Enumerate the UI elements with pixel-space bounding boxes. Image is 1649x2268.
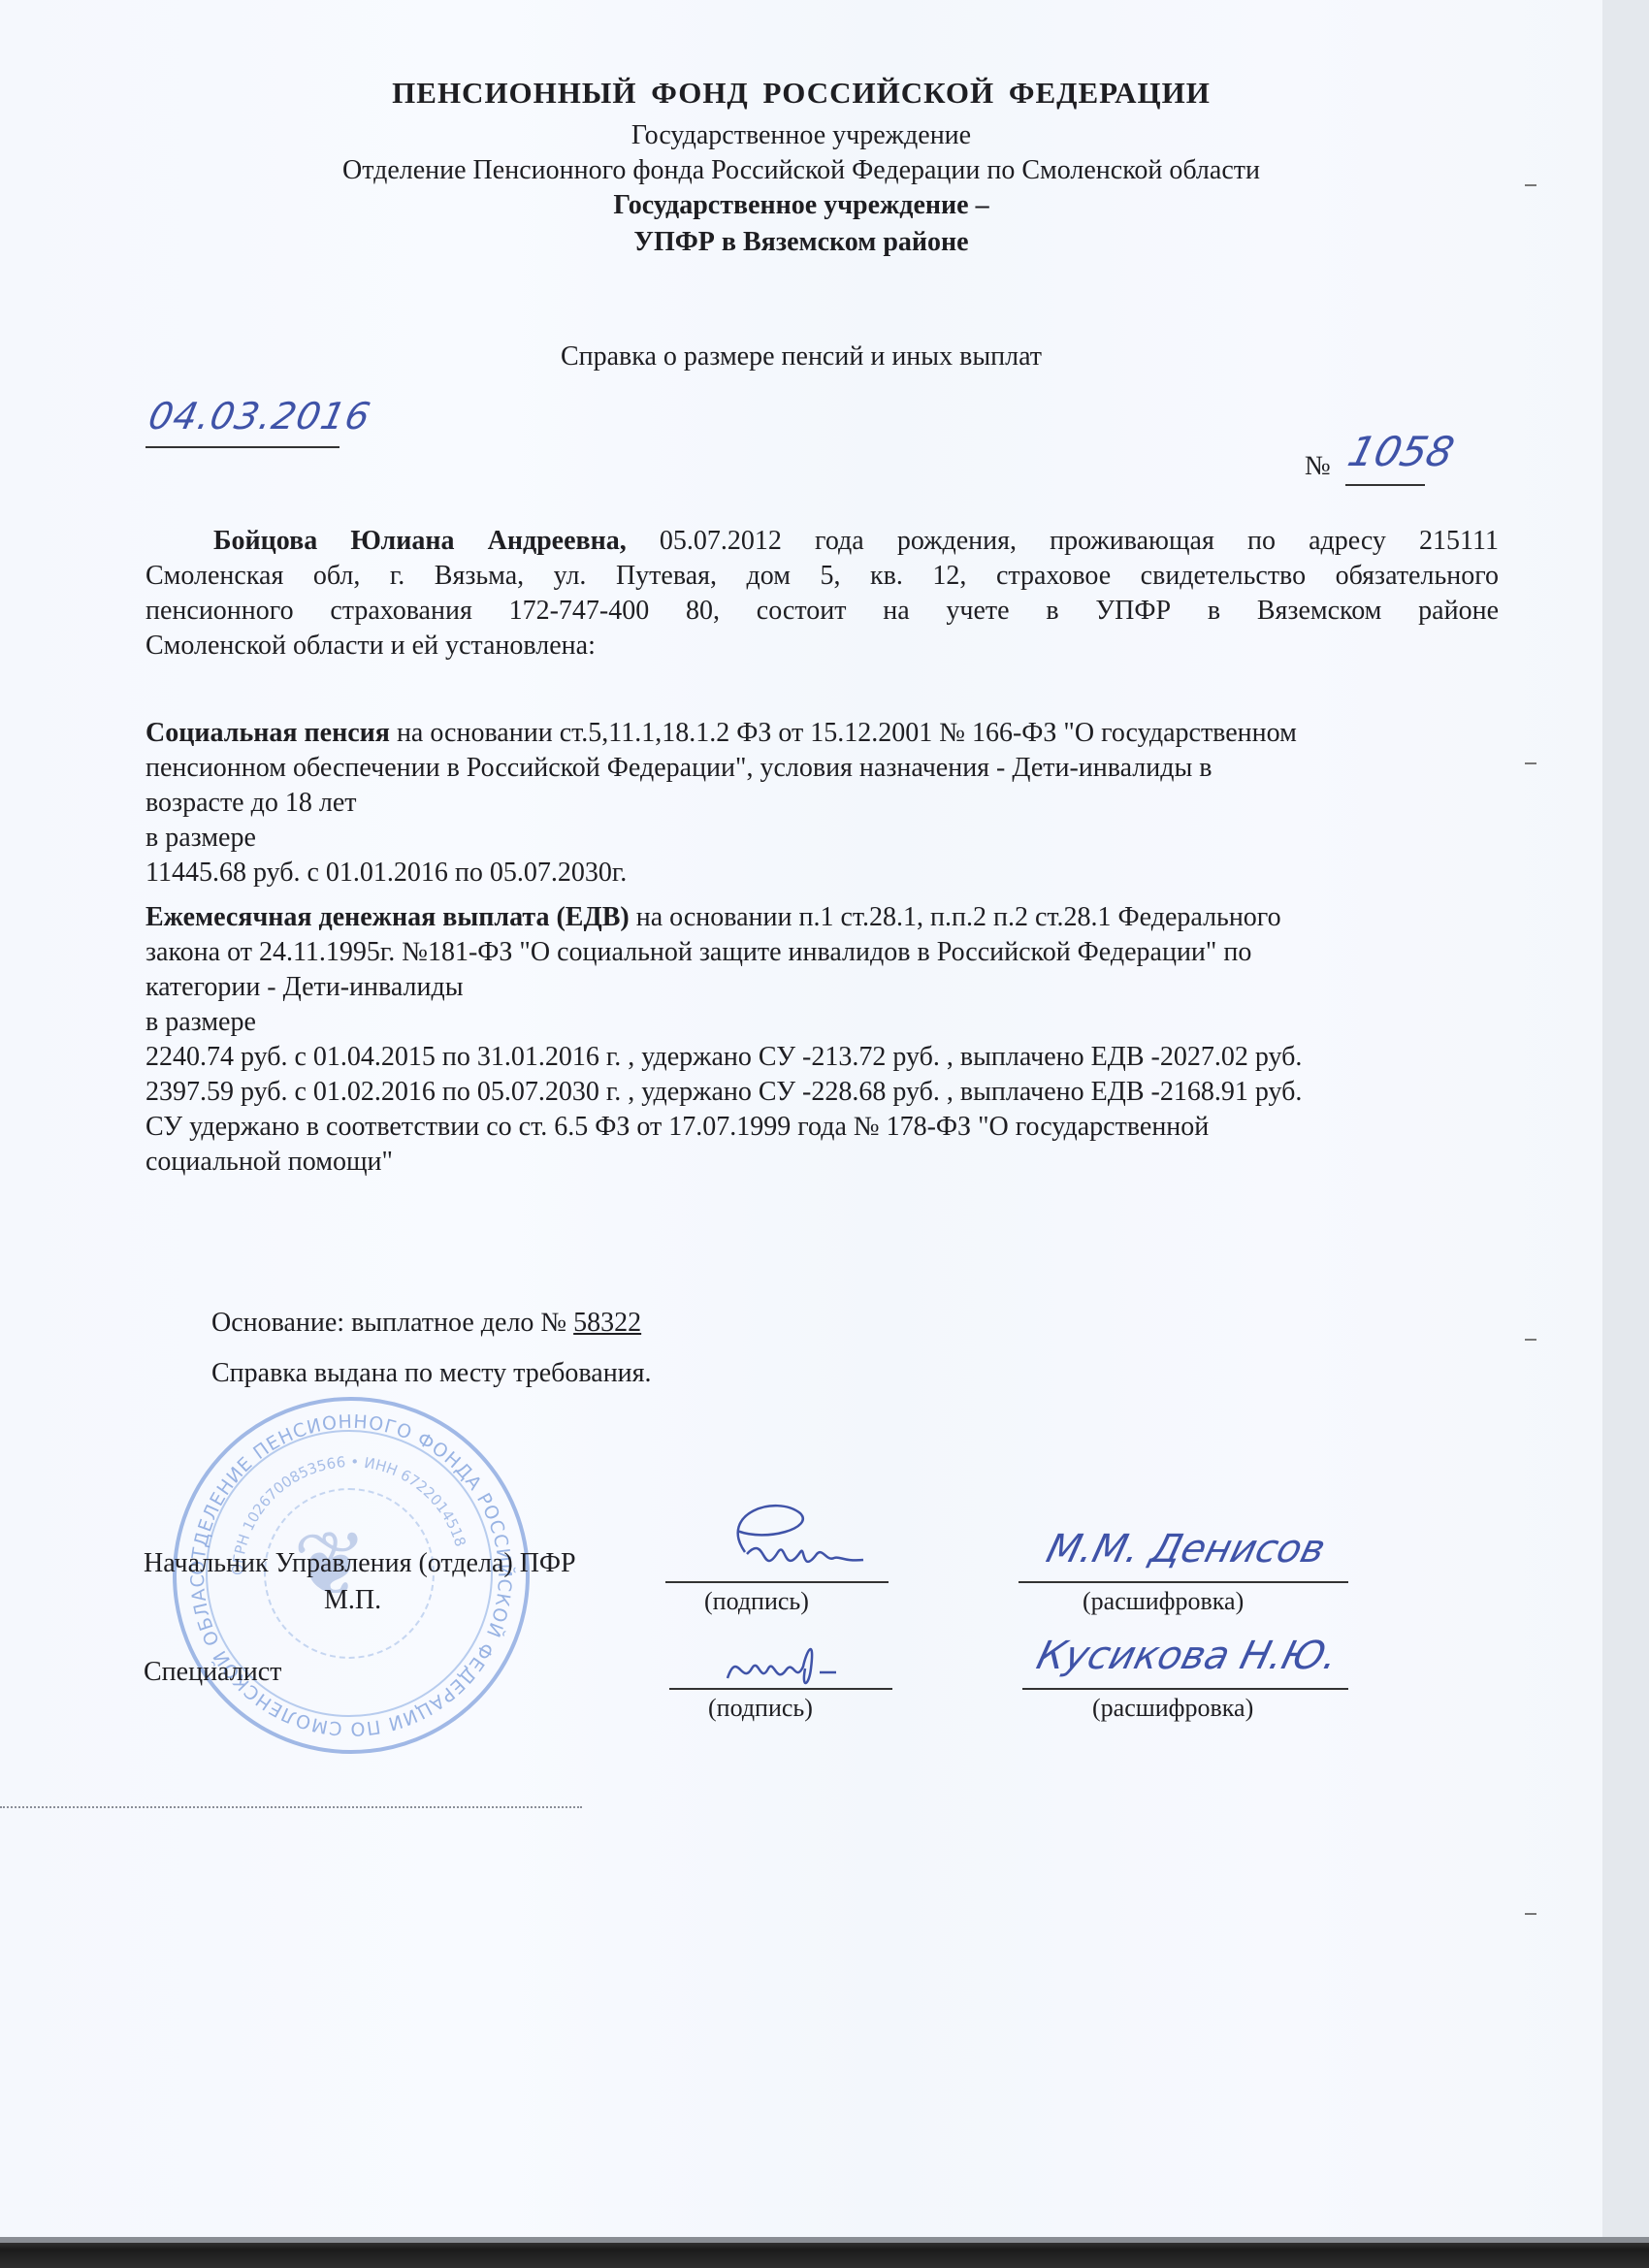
social-pension-size-label: в размере [145,821,1523,856]
org-department: Отделение Пенсионного фонда Российской Ф… [0,155,1602,186]
social-pension-amount: 11445.68 руб. с 01.01.2016 по 05.07.2030… [145,856,1523,891]
edv-title: Ежемесячная денежная выплата (ЕДВ) [145,902,630,932]
scan-artifact-line [0,1806,582,1808]
basis-prefix: Основание: выплатное дело № [211,1308,573,1338]
person-line: пенсионного страхования 172-747-400 80, … [145,594,1499,629]
org-title: ПЕНСИОННЫЙ ФОНД РОССИЙСКОЙ ФЕДЕРАЦИИ [0,76,1602,111]
margin-mark [1525,1913,1536,1915]
edv-text: на основании п.1 ст.28.1, п.п.2 п.2 ст.2… [630,902,1281,932]
social-pension-title: Социальная пенсия [145,718,390,748]
scan-edge-bottom [0,2237,1649,2268]
head-signature-caption: (подпись) [704,1587,809,1616]
specialist-title: Специалист [144,1657,281,1688]
specialist-name-handwritten: Кусикова Н.Ю. [1032,1634,1342,1678]
edv-payment-row: 2240.74 руб. с 01.04.2015 по 31.01.2016 … [145,1040,1523,1075]
social-pension-text: на основании ст.5,11.1,18.1.2 ФЗ от 15.1… [390,718,1297,748]
document-date-field: 04.03.2016 [145,393,339,448]
edv-payment-row: 2397.59 руб. с 01.02.2016 по 05.07.2030 … [145,1075,1523,1110]
document-date-handwritten: 04.03.2016 [145,395,374,437]
document-number-handwritten: 1058 [1343,428,1459,475]
social-pension-section: Социальная пенсия на основании ст.5,11.1… [145,716,1523,891]
head-name-line [1018,1581,1348,1583]
margin-mark [1525,762,1536,764]
social-pension-text: пенсионном обеспечении в Российской Феде… [145,751,1523,786]
head-name-caption: (расшифровка) [1083,1587,1244,1616]
person-line: Смоленской области и ей установлена: [145,629,1499,664]
edv-size-label: в размере [145,1005,1523,1040]
org-branch: УПФР в Вяземском районе [0,227,1602,258]
org-institution: Государственное учреждение – [0,190,1602,221]
document-title: Справка о размере пенсий и иных выплат [0,341,1602,373]
issued-note: Справка выдана по месту требования. [211,1358,652,1389]
person-paragraph: Бойцова Юлиана Андреевна, 05.07.2012 год… [145,524,1499,664]
head-signature [708,1494,883,1586]
social-pension-text: возрасте до 18 лет [145,786,1523,821]
scan-edge-right [1602,0,1649,2237]
person-line: 05.07.2012 года рождения, проживающая по… [627,526,1499,556]
edv-note: СУ удержано в соответствии со ст. 6.5 ФЗ… [145,1110,1523,1145]
seal-place-label: М.П. [324,1585,381,1616]
case-number: 58322 [573,1308,641,1338]
basis-line: Основание: выплатное дело № 58322 [211,1308,641,1339]
head-name-handwritten: М.М. Денисов [1042,1527,1330,1571]
person-name: Бойцова Юлиана Андреевна, [213,526,627,556]
edv-note: социальной помощи" [145,1145,1523,1180]
specialist-name-line [1022,1688,1348,1690]
org-subtitle: Государственное учреждение [0,120,1602,151]
specialist-name-caption: (расшифровка) [1092,1694,1253,1723]
edv-section: Ежемесячная денежная выплата (ЕДВ) на ос… [145,900,1523,1180]
edv-text: закона от 24.11.1995г. №181-ФЗ "О социал… [145,935,1523,970]
margin-mark [1525,1339,1536,1341]
person-line: Смоленская обл, г. Вязьма, ул. Путевая, … [145,559,1499,594]
specialist-signature-caption: (подпись) [708,1694,813,1723]
number-sign: № [1305,451,1331,482]
head-title: Начальник Управления (отдела) ПФР [144,1548,576,1579]
edv-text: категории - Дети-инвалиды [145,970,1523,1005]
specialist-signature [718,1630,863,1698]
